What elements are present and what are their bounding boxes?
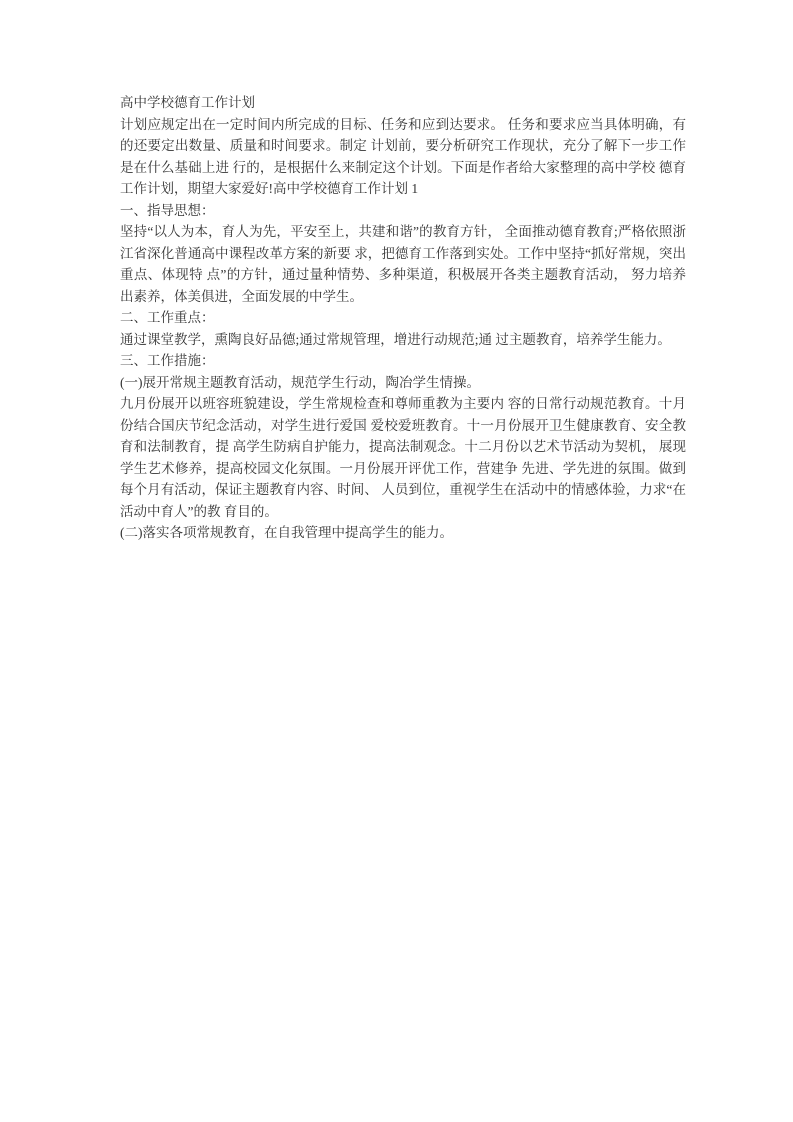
measure-1-paragraph: 九月份展开以班容班貌建设，学生常规检查和尊师重教为主要内 容的日常行动规范教育。… [120,393,686,522]
measure-1-heading: (一)展开常规主题教育活动，规范学生行动，陶冶学生情操。 [120,372,686,394]
document-page: 高中学校德育工作计划 计划应规定出在一定时间内所完成的目标、任务和应到达要求。 … [120,92,686,544]
guiding-ideology-paragraph: 坚持“以人为本，育人为先，平安至上，共建和谐”的教育方针， 全面推动德育教育;严… [120,221,686,307]
heading-guiding-ideology: 一、指导思想： [120,200,686,222]
work-focus-paragraph: 通过课堂教学，熏陶良好品德;通过常规管理，增进行动规范;通 过主题教育，培养学生… [120,329,686,351]
document-title: 高中学校德育工作计划 [120,92,686,114]
measure-2-heading: (二)落实各项常规教育，在自我管理中提高学生的能力。 [120,522,686,544]
intro-paragraph: 计划应规定出在一定时间内所完成的目标、任务和应到达要求。 任务和要求应当具体明确… [120,114,686,200]
heading-work-focus: 二、工作重点： [120,307,686,329]
heading-work-measures: 三、工作措施： [120,350,686,372]
